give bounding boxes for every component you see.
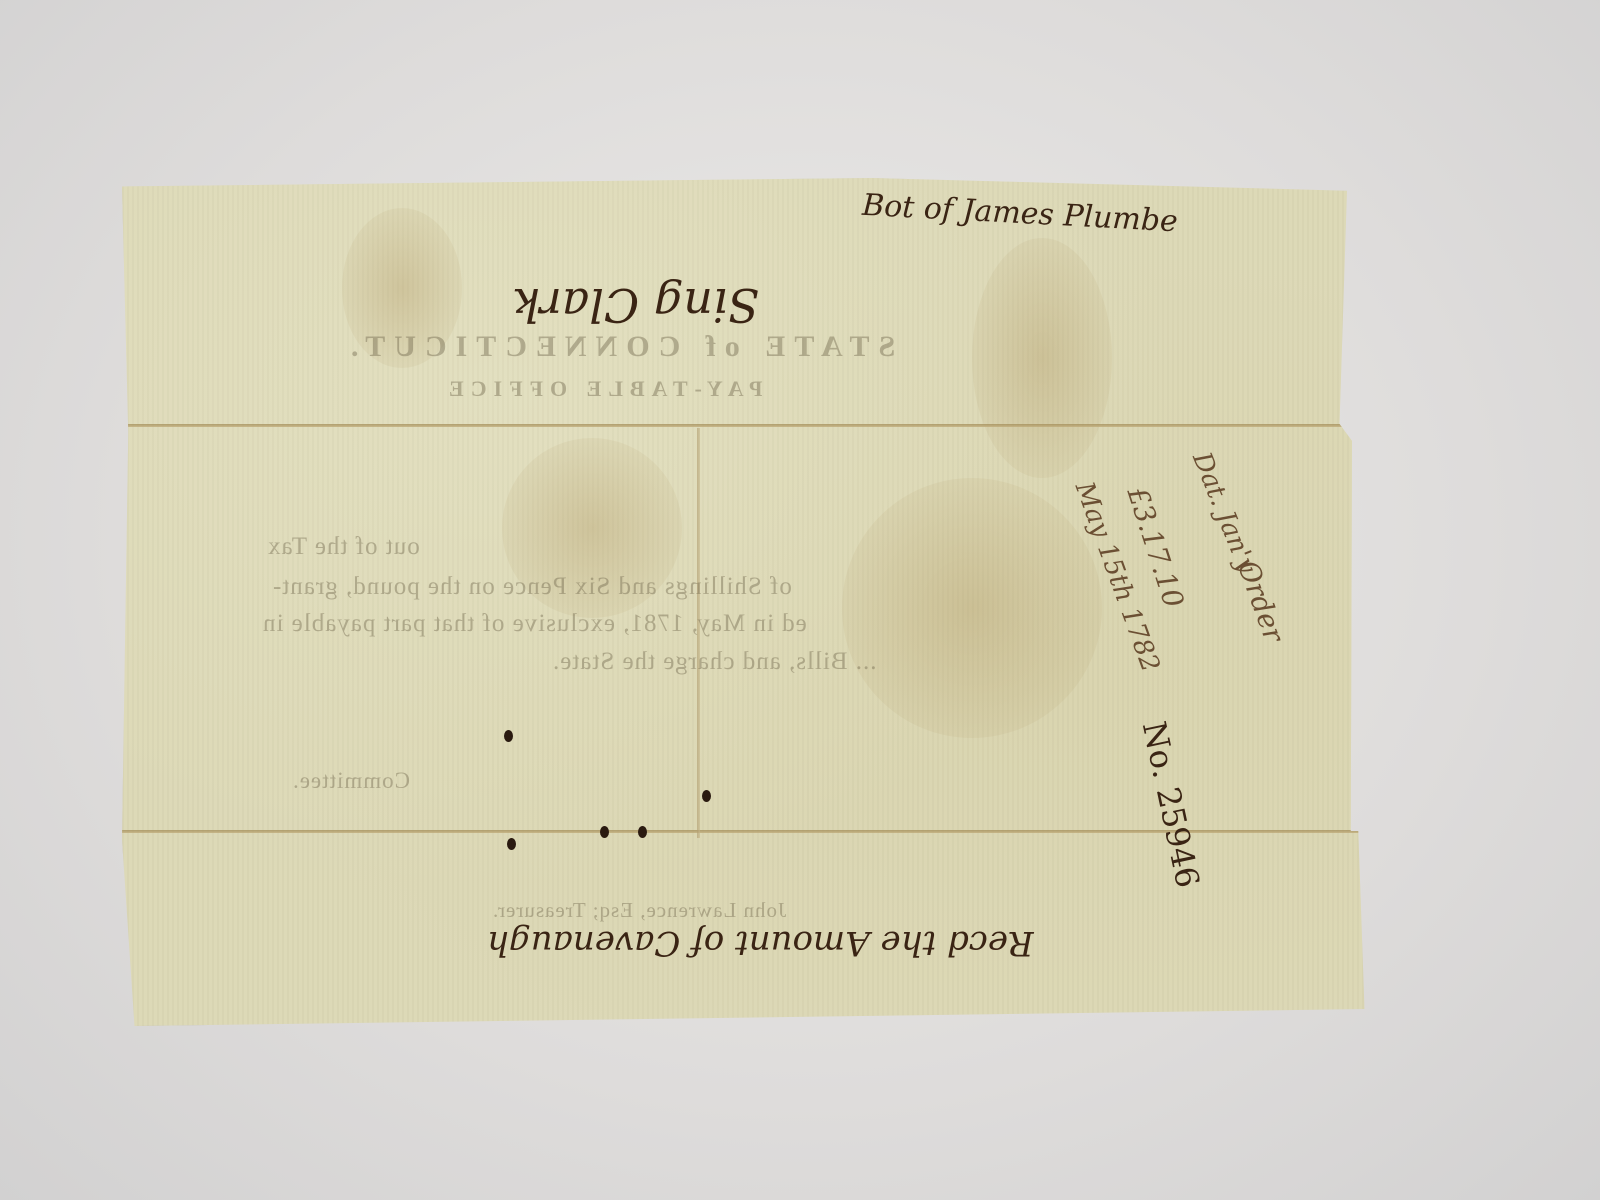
antique-document: STATE of CONNECTICUT. PAY-TABLE OFFICE o… bbox=[122, 178, 1372, 1026]
handwritten-note-bought-of: Bot of James Plumbe bbox=[861, 188, 1178, 239]
show-through-subheading: PAY-TABLE OFFICE bbox=[442, 376, 762, 402]
show-through-line: of Shillings and Six Pence on the pound,… bbox=[272, 573, 792, 601]
ink-blot bbox=[507, 838, 516, 850]
handwritten-signature-inverted: Sing Clark bbox=[512, 278, 759, 332]
water-stain bbox=[972, 238, 1112, 478]
ink-blot bbox=[600, 826, 609, 838]
ink-blot bbox=[638, 826, 647, 838]
show-through-committee: Committee. bbox=[292, 768, 410, 794]
show-through-line: out of the Tax bbox=[267, 533, 420, 561]
show-through-addressee: John Lawrence, Esq; Treasurer. bbox=[492, 898, 786, 923]
docket-date-label: Dat. Jan'y bbox=[1186, 448, 1262, 578]
show-through-line: ed in May, 1781, exclusive of that part … bbox=[262, 610, 807, 638]
fold-line-upper bbox=[122, 424, 1372, 427]
water-stain bbox=[842, 478, 1102, 738]
serial-number: No. 25946 bbox=[1135, 718, 1207, 891]
ink-blot bbox=[702, 790, 711, 802]
ink-blot bbox=[504, 730, 513, 742]
handwritten-receipt-inverted: Recd the Amount of Cavenaugh bbox=[487, 923, 1034, 963]
show-through-heading: STATE of CONNECTICUT. bbox=[342, 330, 895, 364]
show-through-line: ... Bills, and charge the State. bbox=[552, 648, 877, 676]
